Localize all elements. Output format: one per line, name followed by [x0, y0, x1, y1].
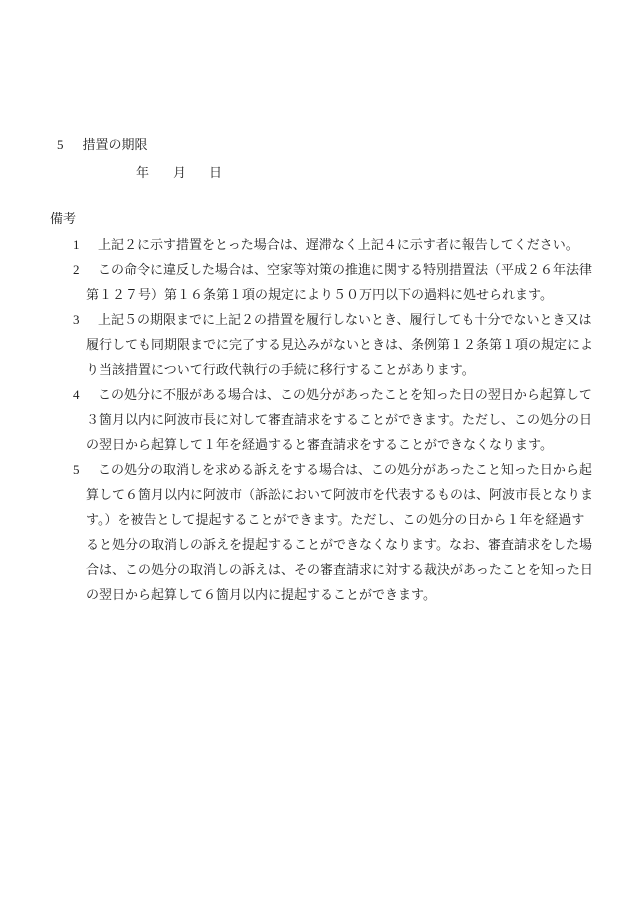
document-page: 5措置の期限 年月日 備考 1 上記２に示す措置をとった場合は、遅滞なく上記４に…	[0, 0, 630, 915]
remarks-heading: 備考	[50, 206, 76, 231]
remark-item-2-number: 2	[73, 257, 80, 282]
month-label: 月	[173, 165, 186, 180]
section-title: 措置の期限	[83, 137, 148, 152]
remark-item-3-number: 3	[73, 307, 80, 332]
date-line: 年月日	[136, 160, 222, 185]
remark-item-5-line-2: 算して６箇月以内に阿波市（訴訟において阿波市を代表するものは、阿波市長となりま	[86, 482, 630, 507]
remark-item-3-line-2: 履行しても同期限までに完了する見込みがないときは、条例第１２条第１項の規定によ	[86, 332, 630, 357]
remark-item-1-line-1: 上記２に示す措置をとった場合は、遅滞なく上記４に示す者に報告してください。	[98, 232, 630, 257]
remark-item-5-line-5: 合は、この処分の取消しの訴えは、その審査請求に対する裁決があったことを知った日	[86, 557, 630, 582]
day-label: 日	[209, 165, 222, 180]
remark-item-4-line-2: ３箇月以内に阿波市長に対して審査請求をすることができます。ただし、この処分の日	[86, 407, 630, 432]
remark-item-4-line-1: この処分に不服がある場合は、この処分があったことを知った日の翌日から起算して	[98, 382, 630, 407]
remark-item-3-line-3: り当該措置について行政代執行の手続に移行することがあります。	[86, 357, 630, 382]
remark-item-5-line-1: この処分の取消しを求める訴えをする場合は、この処分があったこと知った日から起	[98, 457, 630, 482]
remark-item-2-line-2: 第１２７号）第１６条第１項の規定により５０万円以下の過料に処せられます。	[86, 282, 630, 307]
remark-item-5-number: 5	[73, 457, 80, 482]
remarks-list: 1 上記２に示す措置をとった場合は、遅滞なく上記４に示す者に報告してください。 …	[0, 232, 630, 607]
section-heading: 5措置の期限	[57, 132, 148, 157]
section-number: 5	[57, 137, 64, 152]
remark-item-4-number: 4	[73, 382, 80, 407]
remark-item-3-line-1: 上記５の期限までに上記２の措置を履行しないとき、履行しても十分でないとき又は	[98, 307, 630, 332]
remark-item-2: 2 この命令に違反した場合は、空家等対策の推進に関する特別措置法（平成２６年法律…	[0, 257, 630, 307]
remark-item-4-line-3: の翌日から起算して１年を経過すると審査請求をすることができなくなります。	[86, 432, 630, 457]
remark-item-5-line-3: す。）を被告として提起することができます。ただし、この処分の日から１年を経過す	[86, 507, 630, 532]
year-label: 年	[136, 165, 149, 180]
remark-item-5-line-6: の翌日から起算して６箇月以内に提起することができます。	[86, 582, 630, 607]
remark-item-4: 4 この処分に不服がある場合は、この処分があったことを知った日の翌日から起算して…	[0, 382, 630, 457]
remark-item-1: 1 上記２に示す措置をとった場合は、遅滞なく上記４に示す者に報告してください。	[0, 232, 630, 257]
remark-item-3: 3 上記５の期限までに上記２の措置を履行しないとき、履行しても十分でないとき又は…	[0, 307, 630, 382]
remark-item-1-number: 1	[73, 232, 80, 257]
remark-item-2-line-1: この命令に違反した場合は、空家等対策の推進に関する特別措置法（平成２６年法律	[98, 257, 630, 282]
remark-item-5: 5 この処分の取消しを求める訴えをする場合は、この処分があったこと知った日から起…	[0, 457, 630, 607]
remark-item-5-line-4: ると処分の取消しの訴えを提起することができなくなります。なお、審査請求をした場	[86, 532, 630, 557]
